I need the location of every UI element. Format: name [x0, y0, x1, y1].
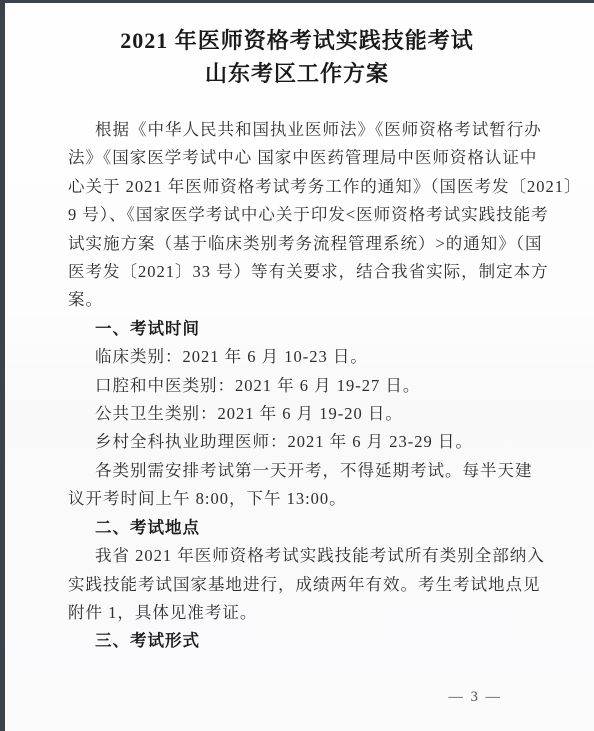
intro-line: 心关于 2021 年医师资格考试考务工作的通知》（国医考发〔2021〕	[68, 173, 534, 201]
document-body: 根据《中华人民共和国执业医师法》《医师资格考试暂行办 法》《国家医学考试中心 国…	[68, 116, 534, 656]
exam-time-line: 乡村全科执业助理医师：2021 年 6 月 23-29 日。	[68, 428, 534, 456]
intro-line: 试实施方案（基于临床类别考务流程管理系统）>的通知》（国	[68, 230, 534, 258]
scanned-document-page: 2021 年医师资格考试实践技能考试 山东考区工作方案 根据《中华人民共和国执业…	[0, 0, 594, 731]
exam-location-line: 我省 2021 年医师资格考试实践技能考试所有类别全部纳入	[68, 542, 534, 570]
document-title: 2021 年医师资格考试实践技能考试 山东考区工作方案	[0, 24, 594, 90]
intro-line: 9 号）、《国家医学考试中心关于印发<医师资格考试实践技能考	[68, 201, 534, 229]
exam-time-line: 议开考时间上午 8:00，下午 13:00。	[68, 485, 534, 513]
exam-time-line: 各类别需安排考试第一天开考，不得延期考试。每半天建	[68, 457, 534, 485]
intro-line: 法》《国家医学考试中心 国家中医药管理局中医师资格认证中	[68, 144, 534, 172]
title-line-2: 山东考区工作方案	[0, 57, 594, 90]
exam-time-line: 公共卫生类别：2021 年 6 月 19-20 日。	[68, 400, 534, 428]
intro-line: 医考发〔2021〕33 号）等有关要求，结合我省实际，制定本方	[68, 258, 534, 286]
exam-location-line: 实践技能考试国家基地进行，成绩两年有效。考生考试地点见	[68, 571, 534, 599]
title-line-1: 2021 年医师资格考试实践技能考试	[0, 24, 594, 57]
exam-time-line: 口腔和中医类别：2021 年 6 月 19-27 日。	[68, 372, 534, 400]
intro-line: 根据《中华人民共和国执业医师法》《医师资格考试暂行办	[68, 116, 534, 144]
page-number: — 3 —	[449, 689, 503, 706]
section-heading-exam-time: 一、考试时间	[68, 315, 534, 343]
document-content: 2021 年医师资格考试实践技能考试 山东考区工作方案 根据《中华人民共和国执业…	[0, 0, 594, 656]
section-heading-exam-format: 三、考试形式	[68, 627, 534, 655]
intro-line: 案。	[68, 286, 534, 314]
section-heading-exam-location: 二、考试地点	[68, 514, 534, 542]
exam-location-line: 附件 1，具体见准考证。	[68, 599, 534, 627]
exam-time-line: 临床类别：2021 年 6 月 10-23 日。	[68, 343, 534, 371]
